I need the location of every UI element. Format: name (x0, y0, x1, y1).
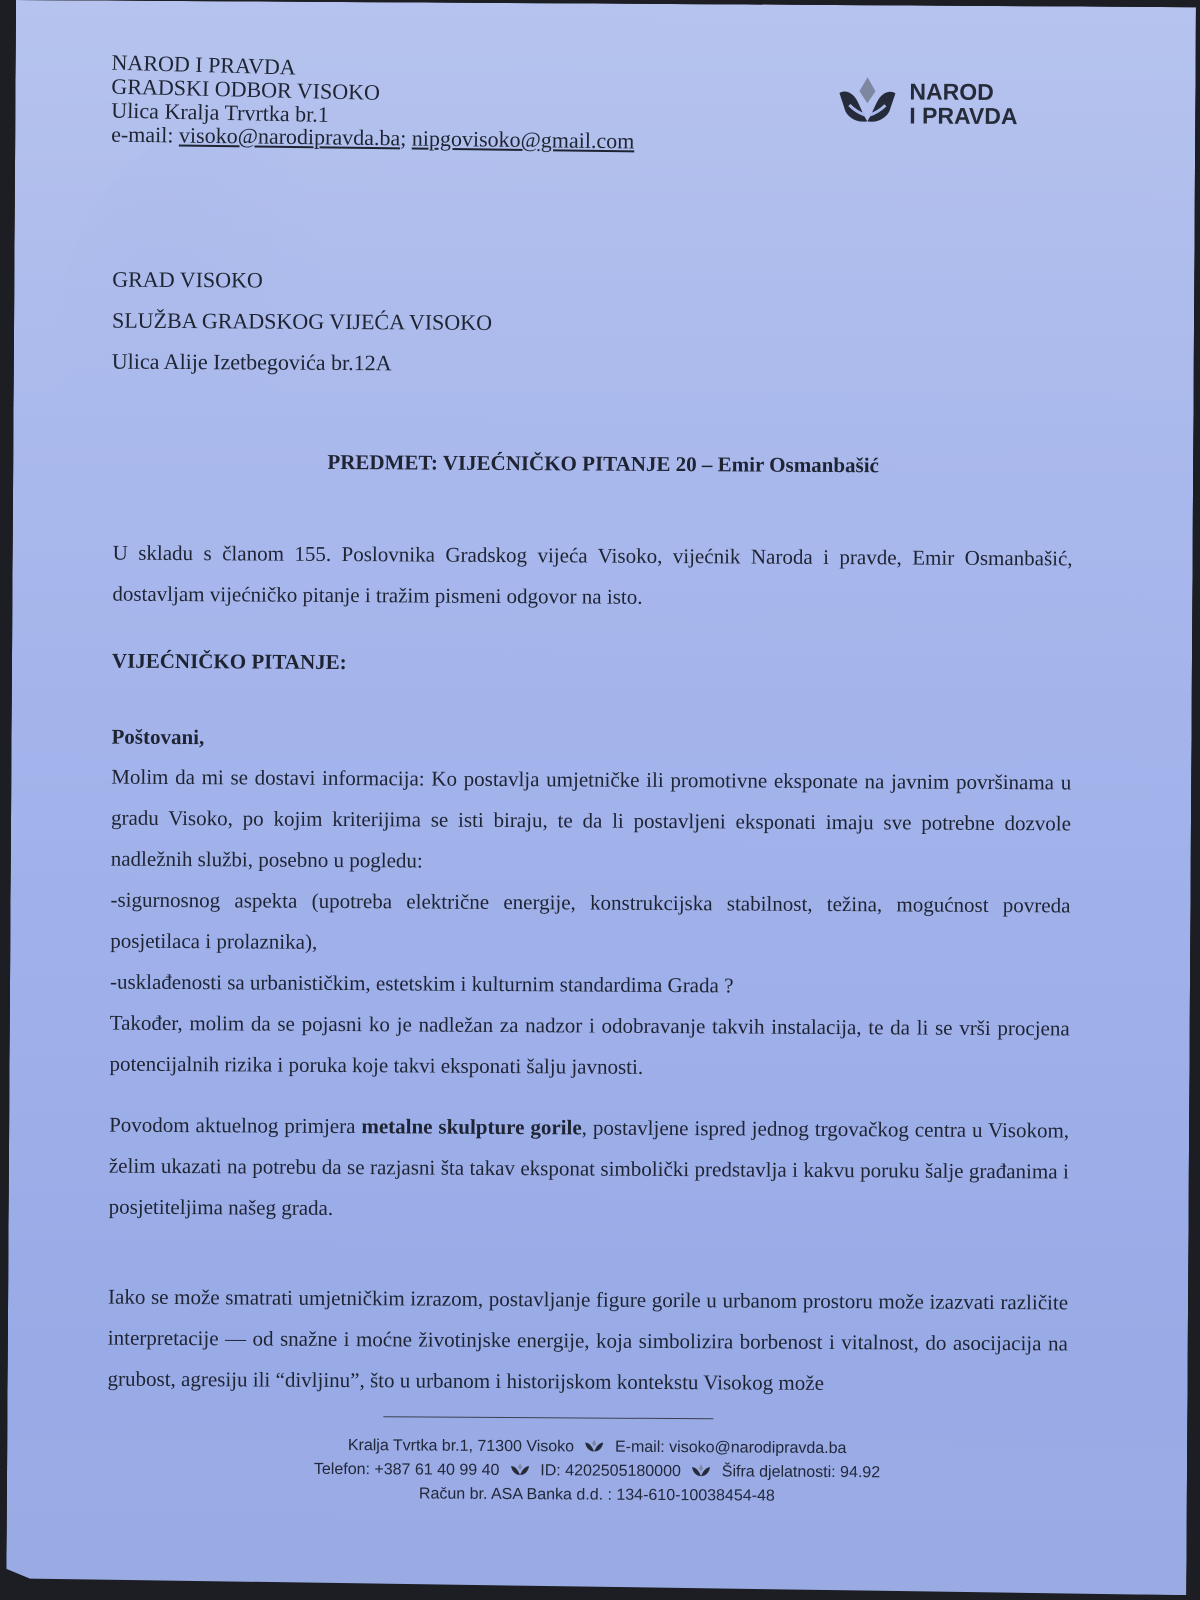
interpretation-paragraph: Iako se može smatrati umjetničkim izrazo… (107, 1277, 1068, 1406)
footer-address: Kralja Tvrtka br.1, 71300 Visoko (348, 1437, 574, 1455)
letter-page: NAROD I PRAVDA GRADSKI ODBOR VISOKO Ulic… (6, 0, 1196, 1595)
logo-wordmark: NAROD I PRAVDA (909, 79, 1017, 128)
lotus-hands-icon (510, 1462, 530, 1476)
greeting: Poštovani, (111, 717, 1071, 764)
question-text: Molim da mi se dostavi informacija: Ko p… (109, 757, 1071, 1091)
email-separator: ; (400, 125, 412, 150)
recipient-city: GRAD VISOKO (112, 259, 492, 302)
footer-id: ID: 4202505180000 (540, 1462, 681, 1480)
subject-line: PREDMET: VIJEĆNIČKO PITANJE 20 – Emir Os… (13, 448, 1193, 480)
lotus-hands-icon (835, 75, 899, 131)
question-paragraph: Molim da mi se dostavi informacija: Ko p… (111, 757, 1072, 886)
recipient-address: Ulica Alije Izetbegovića br.12A (112, 341, 492, 384)
lotus-hands-icon (691, 1463, 711, 1477)
gorilla-paragraph: Povodom aktuelnog primjera metalne skulp… (109, 1105, 1070, 1234)
footer-email: E-mail: visoko@narodipravda.ba (615, 1439, 847, 1457)
recipient-block: GRAD VISOKO SLUŽBA GRADSKOG VIJEĆA VISOK… (112, 259, 493, 384)
lotus-hands-icon (584, 1439, 604, 1453)
email-link-secondary[interactable]: nipgovisoko@gmail.com (412, 126, 635, 154)
footer-activity-code: Šifra djelatnosti: 94.92 (722, 1463, 880, 1481)
question-heading: VIJEĆNIČKO PITANJE: (112, 641, 1072, 688)
footer-phone: Telefon: +387 61 40 99 40 (314, 1461, 500, 1479)
recipient-office: SLUŽBA GRADSKOG VIJEĆA VISOKO (112, 300, 492, 343)
letterhead-footer: Kralja Tvrtka br.1, 71300 Visoko E-mail:… (7, 1432, 1187, 1511)
email-link-primary[interactable]: visoko@narodipravda.ba (179, 122, 401, 150)
footer-bank-account: Račun br. ASA Banka d.d. : 134-610-10038… (419, 1485, 775, 1504)
question-bullet-safety: -sigurnosnog aspekta (upotreba električn… (110, 880, 1070, 968)
sender-email-line: e-mail: visoko@narodipravda.ba; nipgovis… (111, 123, 635, 154)
party-logo: NAROD I PRAVDA (835, 75, 1018, 132)
footer-divider (383, 1416, 713, 1419)
email-label: e-mail: (111, 122, 179, 148)
sender-block: NAROD I PRAVDA GRADSKI ODBOR VISOKO Ulic… (111, 51, 635, 150)
question-oversight: Također, molim da se pojasni ko je nadle… (109, 1003, 1069, 1091)
question-bullet-standards: -usklađenosti sa urbanističkim, estetski… (110, 962, 1070, 1009)
highlight-sculpture: metalne skulpture gorile (361, 1114, 581, 1139)
intro-paragraph: U skladu s članom 155. Poslovnika Gradsk… (112, 533, 1072, 621)
